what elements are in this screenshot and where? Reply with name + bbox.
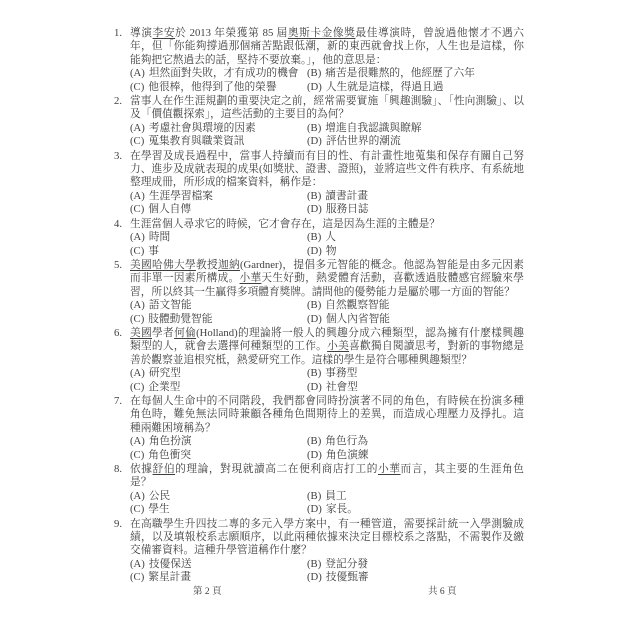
option-text: 痛苦是很難熬的，他經歷了六年 — [325, 67, 475, 79]
option-c: (C)事 — [130, 245, 307, 258]
question-7: 7.在每個人生命中的不同階段，我們都會同時扮演著不同的角色，有時候在扮演多種角色… — [114, 395, 524, 462]
option-label: (C) — [130, 449, 144, 461]
question-body: 生涯當個人尋求它的時候，它才會存在，這是因為生涯的主體是？(A)時間(B)人(C… — [130, 218, 524, 258]
option-text: 考慮社會與環境的因素 — [149, 122, 256, 134]
option-label: (A) — [130, 558, 145, 570]
stem-text: 導演 — [130, 27, 153, 39]
option-label: (D) — [307, 449, 322, 461]
question-3: 3.在學習及成長過程中，當事人持續而有目的性、有計畫性地蒐集和保存有關自己努力、… — [114, 150, 524, 217]
option-label: (A) — [130, 231, 145, 243]
option-label: (A) — [130, 367, 145, 379]
option-b: (B)痛苦是很難熬的，他經歷了六年 — [307, 67, 524, 80]
option-label: (A) — [130, 67, 145, 79]
option-text: 企業型 — [148, 381, 180, 393]
option-label: (B) — [307, 190, 321, 202]
question-number: 5. — [114, 259, 130, 326]
stem-text: 在每個人生命中的不同階段，我們都會同時扮演著不同的角色，有時候在扮演多種角色時，… — [130, 395, 524, 434]
option-label: (D) — [307, 245, 322, 257]
option-text: 家長。 — [326, 503, 358, 515]
option-d: (D)人生就是這樣，得過且過 — [307, 81, 524, 94]
option-text: 人 — [325, 231, 336, 243]
option-text: 評估世界的潮流 — [326, 135, 401, 147]
options-grid: (A)考慮社會與環境的因素(B)增進自我認識與瞭解(C)蒐集教育與職業資訊(D)… — [130, 122, 524, 149]
option-d: (D)服務日誌 — [307, 203, 524, 216]
underlined-proper-noun: 奧斯卡金像獎 — [288, 27, 356, 39]
option-text: 角色衝突 — [148, 449, 191, 461]
option-text: 肢體動覺智能 — [148, 313, 212, 325]
question-8: 8.依據舒伯的理論，對現就讀高二在便利商店打工的小華而言，其主要的生涯角色是？(… — [114, 463, 524, 517]
option-b: (B)員工 — [307, 490, 524, 503]
option-label: (B) — [307, 299, 321, 311]
option-b: (B)自然觀察智能 — [307, 299, 524, 312]
stem-text: 教授 — [196, 259, 218, 271]
option-d: (D)評估世界的潮流 — [307, 135, 524, 148]
option-a: (A)生涯學習檔案 — [130, 190, 307, 203]
option-text: 增進自我認識與瞭解 — [325, 122, 421, 134]
option-a: (A)公民 — [130, 490, 307, 503]
option-c: (C)蒐集教育與職業資訊 — [130, 135, 307, 148]
option-b: (B)登記分發 — [307, 558, 524, 571]
option-a: (A)研究型 — [130, 367, 307, 380]
option-label: (C) — [130, 381, 144, 393]
option-text: 語文智能 — [149, 299, 192, 311]
question-stem: 導演李安於 2013 年榮獲第 85 屆奧斯卡金像獎最佳導演時，曾說過他懷才不遇… — [130, 27, 524, 67]
option-label: (A) — [130, 490, 145, 502]
option-text: 公民 — [149, 490, 170, 502]
question-number: 1. — [114, 27, 130, 94]
option-label: (D) — [307, 135, 322, 147]
option-text: 社會型 — [326, 381, 358, 393]
underlined-proper-noun: 李安 — [153, 27, 176, 39]
options-grid: (A)技優保送(B)登記分發(C)繁星計畫(D)技優甄審 — [130, 558, 524, 585]
option-label: (B) — [307, 122, 321, 134]
option-label: (B) — [307, 67, 321, 79]
option-d: (D)技優甄審 — [307, 571, 524, 584]
question-number: 9. — [114, 518, 130, 585]
option-b: (B)事務型 — [307, 367, 524, 380]
option-text: 時間 — [149, 231, 170, 243]
option-label: (B) — [307, 435, 321, 447]
option-text: 學生 — [148, 503, 169, 515]
option-text: 登記分發 — [325, 558, 368, 570]
option-text: 物 — [326, 245, 337, 257]
option-d: (D)角色演練 — [307, 449, 524, 462]
document-page: 1.導演李安於 2013 年榮獲第 85 屆奧斯卡金像獎最佳導演時，曾說過他懷才… — [0, 0, 625, 625]
option-c: (C)肢體動覺智能 — [130, 313, 307, 326]
option-label: (C) — [130, 313, 144, 325]
option-text: 自然觀察智能 — [325, 299, 389, 311]
option-text: 人生就是這樣，得過且過 — [326, 81, 444, 93]
option-label: (D) — [307, 81, 322, 93]
option-label: (B) — [307, 490, 321, 502]
option-text: 個人內省智能 — [326, 313, 390, 325]
option-text: 個人自傳 — [148, 203, 191, 215]
stem-text: 學者 — [152, 327, 174, 339]
options-grid: (A)研究型(B)事務型(C)企業型(D)社會型 — [130, 367, 524, 394]
question-stem: 在每個人生命中的不同階段，我們都會同時扮演著不同的角色，有時候在扮演多種角色時，… — [130, 395, 524, 435]
underlined-proper-noun: 美國哈佛大學 — [130, 259, 196, 271]
question-stem: 美國學者何倫(Holland)的理論將一般人的興趣分成六種類型，認為擁有什麼樣興… — [130, 327, 524, 367]
option-text: 角色行為 — [325, 435, 368, 447]
option-text: 事務型 — [325, 367, 357, 379]
option-label: (B) — [307, 231, 321, 243]
underlined-proper-noun: 舒伯 — [153, 463, 176, 475]
option-label: (D) — [307, 381, 322, 393]
question-number: 7. — [114, 395, 130, 462]
option-a: (A)考慮社會與環境的因素 — [130, 122, 307, 135]
question-stem: 在學習及成長過程中，當事人持續而有目的性、有計畫性地蒐集和保存有關自己努力、進步… — [130, 150, 524, 190]
question-number: 8. — [114, 463, 130, 517]
option-text: 服務日誌 — [326, 203, 369, 215]
option-b: (B)角色行為 — [307, 435, 524, 448]
question-body: 導演李安於 2013 年榮獲第 85 屆奧斯卡金像獎最佳導演時，曾說過他懷才不遇… — [130, 27, 524, 94]
question-number: 4. — [114, 218, 130, 258]
option-a: (A)坦然面對失敗，才有成功的機會 — [130, 67, 307, 80]
option-a: (A)語文智能 — [130, 299, 307, 312]
option-label: (C) — [130, 503, 144, 515]
option-c: (C)學生 — [130, 503, 307, 516]
option-text: 坦然面對失敗，才有成功的機會 — [149, 67, 299, 79]
question-body: 在高職學生升四技二專的多元入學方案中，有一種管道，需要採計統一入學測驗成績，以及… — [130, 518, 524, 585]
question-body: 美國哈佛大學教授迦納(Gardner)，提倡多元智能的概念。他認為智能是由多元因… — [130, 259, 524, 326]
option-a: (A)角色扮演 — [130, 435, 307, 448]
underlined-proper-noun: 小華 — [240, 272, 262, 284]
question-stem: 當事人在作生涯規劃的重要決定之前，經常需要實施「興趣測驗」、「性向測驗」、以及「… — [130, 95, 524, 122]
question-body: 當事人在作生涯規劃的重要決定之前，經常需要實施「興趣測驗」、「性向測驗」、以及「… — [130, 95, 524, 149]
options-grid: (A)公民(B)員工(C)學生(D)家長。 — [130, 490, 524, 517]
option-label: (D) — [307, 313, 322, 325]
option-c: (C)角色衝突 — [130, 449, 307, 462]
option-text: 生涯學習檔案 — [149, 190, 213, 202]
underlined-proper-noun: 何倫 — [174, 327, 196, 339]
question-number: 2. — [114, 95, 130, 149]
option-text: 研究型 — [149, 367, 181, 379]
option-label: (B) — [307, 367, 321, 379]
option-text: 角色演練 — [326, 449, 369, 461]
stem-text: 依據 — [130, 463, 153, 475]
page-number: 第 2 頁 — [193, 583, 222, 597]
option-a: (A)時間 — [130, 231, 307, 244]
underlined-proper-noun: 小華 — [378, 463, 401, 475]
options-grid: (A)角色扮演(B)角色行為(C)角色衝突(D)角色演練 — [130, 435, 524, 462]
question-stem: 在高職學生升四技二專的多元入學方案中，有一種管道，需要採計統一入學測驗成績，以及… — [130, 518, 524, 558]
option-label: (B) — [307, 558, 321, 570]
option-b: (B)讀書計畫 — [307, 190, 524, 203]
question-number: 6. — [114, 327, 130, 394]
option-d: (D)社會型 — [307, 381, 524, 394]
options-grid: (A)語文智能(B)自然觀察智能(C)肢體動覺智能(D)個人內省智能 — [130, 299, 524, 326]
option-text: 繁星計畫 — [148, 571, 191, 583]
stem-text: 當事人在作生涯規劃的重要決定之前，經常需要實施「興趣測驗」、「性向測驗」、以及「… — [130, 95, 524, 120]
option-label: (A) — [130, 122, 145, 134]
stem-text: 在高職學生升四技二專的多元入學方案中，有一種管道，需要採計統一入學測驗成績，以及… — [130, 518, 524, 557]
option-text: 讀書計畫 — [325, 190, 368, 202]
total-pages: 共 6 頁 — [428, 583, 457, 597]
option-label: (A) — [130, 435, 145, 447]
option-label: (A) — [130, 190, 145, 202]
option-label: (D) — [307, 571, 322, 583]
option-c: (C)他很棒，他得到了他的榮譽 — [130, 81, 307, 94]
option-text: 技優甄審 — [326, 571, 369, 583]
option-label: (C) — [130, 81, 144, 93]
option-label: (C) — [130, 135, 144, 147]
option-d: (D)物 — [307, 245, 524, 258]
question-number: 3. — [114, 150, 130, 217]
option-label: (C) — [130, 203, 144, 215]
option-text: 蒐集教育與職業資訊 — [148, 135, 244, 147]
option-a: (A)技優保送 — [130, 558, 307, 571]
stem-text: 生涯當個人尋求它的時候，它才會存在，這是因為生涯的主體是？ — [130, 218, 440, 230]
underlined-proper-noun: 小美 — [327, 340, 349, 352]
option-text: 事 — [148, 245, 159, 257]
stem-text: 在學習及成長過程中，當事人持續而有目的性、有計畫性地蒐集和保存有關自己努力、進步… — [130, 150, 524, 189]
question-2: 2.當事人在作生涯規劃的重要決定之前，經常需要實施「興趣測驗」、「性向測驗」、以… — [114, 95, 524, 149]
underlined-proper-noun: 迦納 — [218, 259, 240, 271]
question-5: 5.美國哈佛大學教授迦納(Gardner)，提倡多元智能的概念。他認為智能是由多… — [114, 259, 524, 326]
option-b: (B)人 — [307, 231, 524, 244]
question-9: 9.在高職學生升四技二專的多元入學方案中，有一種管道，需要採計統一入學測驗成績，… — [114, 518, 524, 585]
question-list: 1.導演李安於 2013 年榮獲第 85 屆奧斯卡金像獎最佳導演時，曾說過他懷才… — [114, 27, 524, 586]
option-label: (D) — [307, 203, 322, 215]
question-stem: 美國哈佛大學教授迦納(Gardner)，提倡多元智能的概念。他認為智能是由多元因… — [130, 259, 524, 299]
question-body: 在每個人生命中的不同階段，我們都會同時扮演著不同的角色，有時候在扮演多種角色時，… — [130, 395, 524, 462]
underlined-proper-noun: 美國 — [130, 327, 152, 339]
question-4: 4.生涯當個人尋求它的時候，它才會存在，這是因為生涯的主體是？(A)時間(B)人… — [114, 218, 524, 258]
option-label: (D) — [307, 503, 322, 515]
option-d: (D)個人內省智能 — [307, 313, 524, 326]
question-body: 在學習及成長過程中，當事人持續而有目的性、有計畫性地蒐集和保存有關自己努力、進步… — [130, 150, 524, 217]
question-body: 美國學者何倫(Holland)的理論將一般人的興趣分成六種類型，認為擁有什麼樣興… — [130, 327, 524, 394]
option-label: (C) — [130, 245, 144, 257]
question-stem: 依據舒伯的理論，對現就讀高二在便利商店打工的小華而言，其主要的生涯角色是？ — [130, 463, 524, 490]
question-6: 6.美國學者何倫(Holland)的理論將一般人的興趣分成六種類型，認為擁有什麼… — [114, 327, 524, 394]
option-b: (B)增進自我認識與瞭解 — [307, 122, 524, 135]
options-grid: (A)坦然面對失敗，才有成功的機會(B)痛苦是很難熬的，他經歷了六年(C)他很棒… — [130, 67, 524, 94]
option-d: (D)家長。 — [307, 503, 524, 516]
options-grid: (A)時間(B)人(C)事(D)物 — [130, 231, 524, 258]
option-label: (A) — [130, 299, 145, 311]
question-stem: 生涯當個人尋求它的時候，它才會存在，這是因為生涯的主體是？ — [130, 218, 524, 231]
option-label: (C) — [130, 571, 144, 583]
question-1: 1.導演李安於 2013 年榮獲第 85 屆奧斯卡金像獎最佳導演時，曾說過他懷才… — [114, 27, 524, 94]
stem-text: 於 2013 年榮獲第 85 屆 — [175, 27, 288, 39]
options-grid: (A)生涯學習檔案(B)讀書計畫(C)個人自傳(D)服務日誌 — [130, 190, 524, 217]
question-body: 依據舒伯的理論，對現就讀高二在便利商店打工的小華而言，其主要的生涯角色是？(A)… — [130, 463, 524, 517]
option-text: 技優保送 — [149, 558, 192, 570]
option-text: 角色扮演 — [149, 435, 192, 447]
option-text: 他很棒，他得到了他的榮譽 — [148, 81, 276, 93]
option-text: 員工 — [325, 490, 346, 502]
stem-text: 的理論，對現就讀高二在便利商店打工的 — [175, 463, 378, 475]
option-c: (C)個人自傳 — [130, 203, 307, 216]
option-c: (C)企業型 — [130, 381, 307, 394]
